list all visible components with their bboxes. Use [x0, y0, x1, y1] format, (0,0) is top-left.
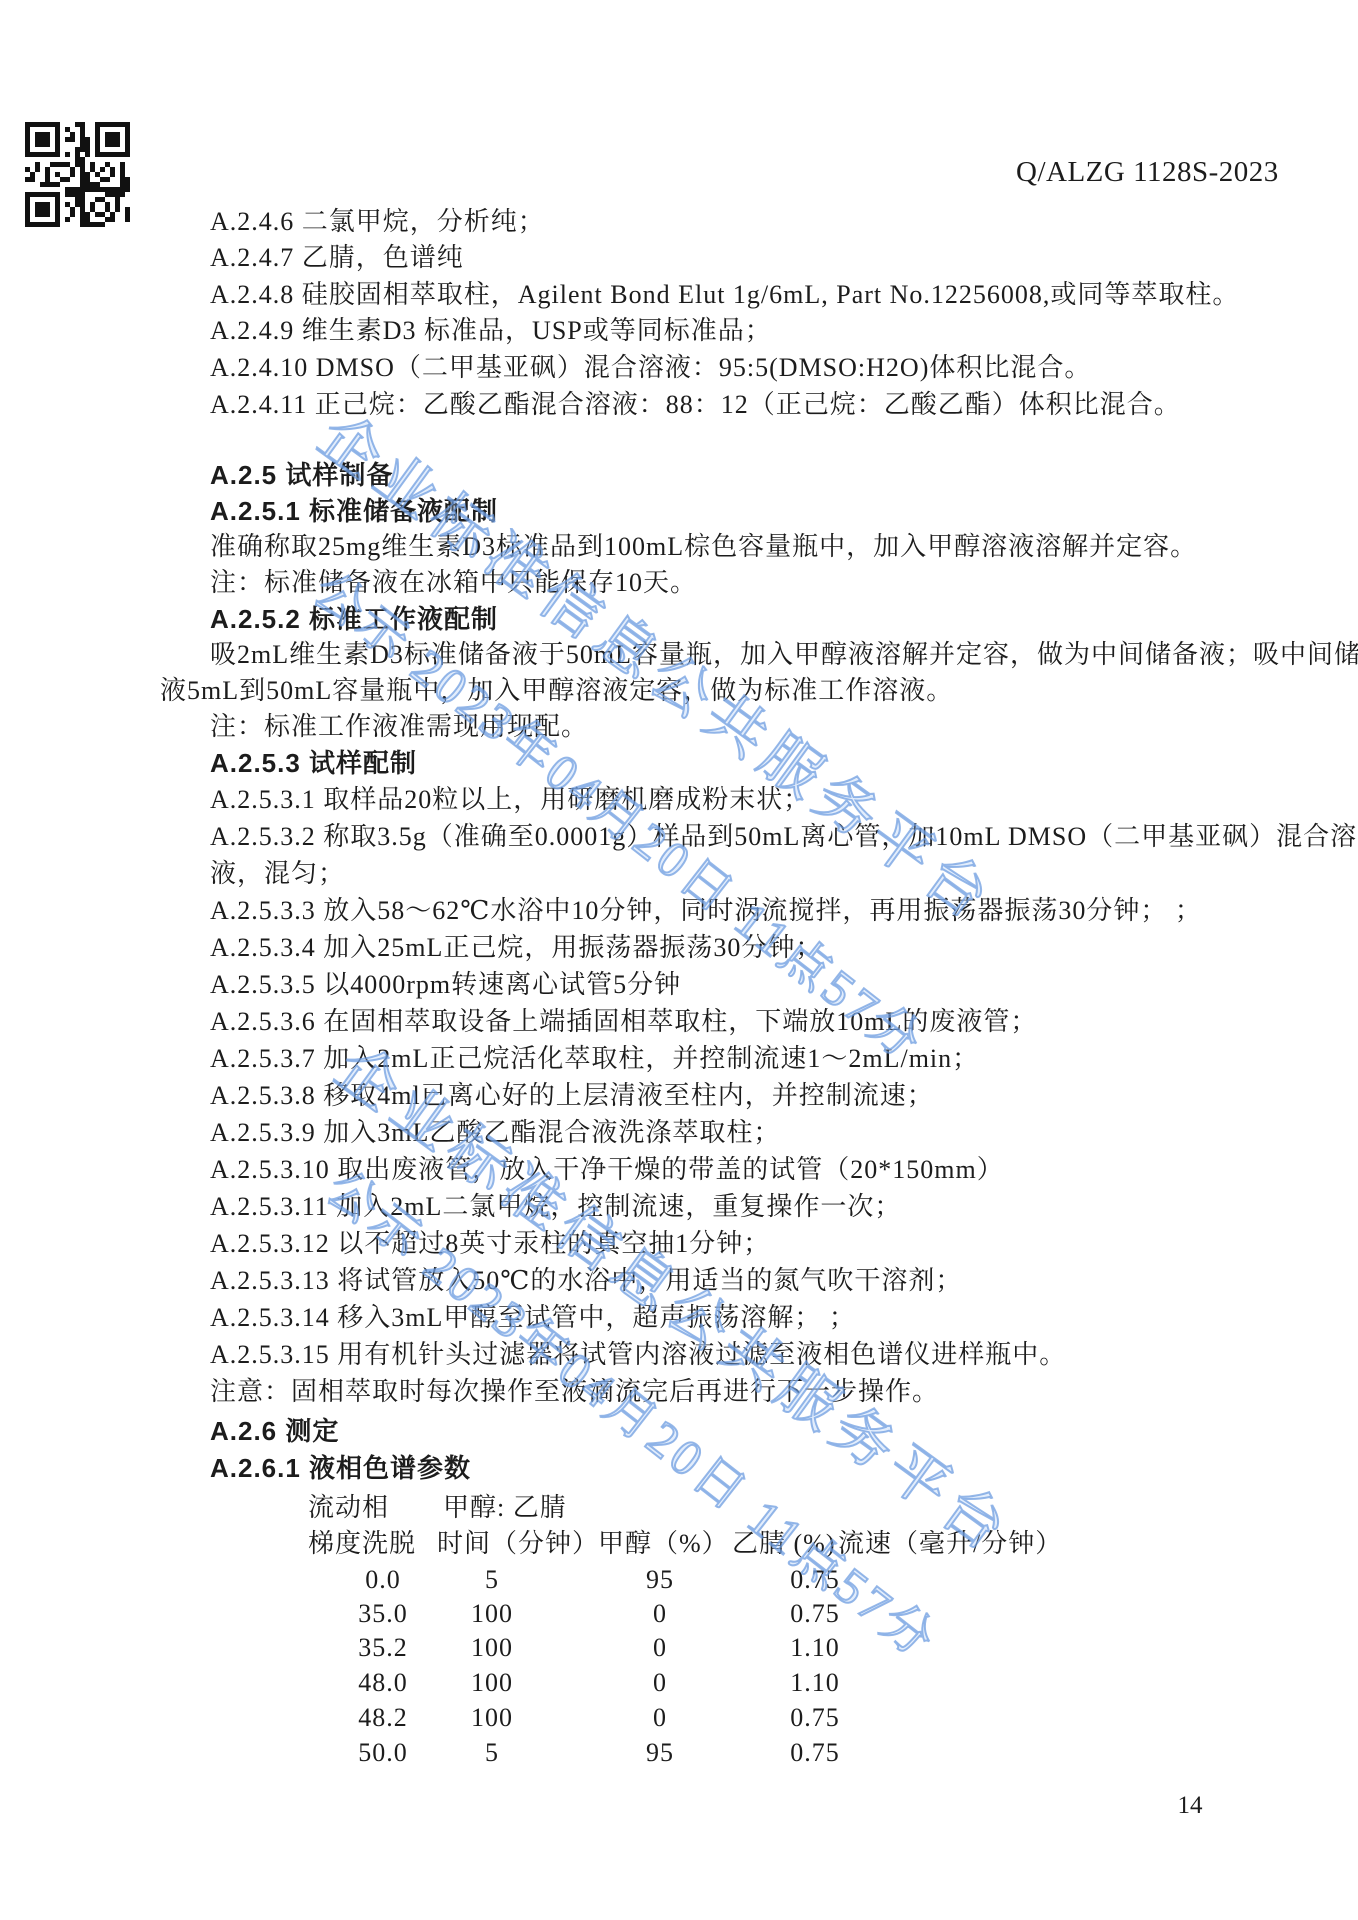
table-label: 流动相: [308, 1490, 389, 1526]
clause-line: A.2.5.3.14 移入3mL甲醇至试管中，超声振荡溶解； ；: [210, 1300, 856, 1336]
section-heading: A.2.5 试样制备: [210, 457, 393, 493]
table-cell: 95: [600, 1735, 720, 1771]
table-header: 时间（分钟）: [437, 1526, 599, 1562]
section-heading: A.2.5.3 试样配制: [210, 745, 417, 781]
table-cell: 100: [432, 1700, 552, 1736]
table-cell: 100: [432, 1665, 552, 1701]
table-cell: 5: [432, 1562, 552, 1598]
table-cell: 0: [600, 1630, 720, 1666]
note-line: 注意：固相萃取时每次操作至液滴流完后再进行下一步操作。: [210, 1374, 939, 1410]
table-cell: 0.75: [755, 1562, 875, 1598]
table-cell: 1.10: [755, 1630, 875, 1666]
table-cell: 0.75: [755, 1735, 875, 1771]
table-cell: 50.0: [323, 1735, 443, 1771]
clause-line: A.2.5.3.3 放入58～62℃水浴中10分钟，同时涡流搅拌，再用振荡器振荡…: [210, 893, 1202, 929]
clause-line: A.2.5.3.15 用有机针头过滤器将试管内溶液过滤至液相色谱仪进样瓶中。: [210, 1337, 1066, 1373]
table-cell: 0: [600, 1665, 720, 1701]
section-heading: A.2.5.1 标准储备液配制: [210, 493, 498, 529]
clause-line: A.2.5.3.6 在固相萃取设备上端插固相萃取柱，下端放10mL的废液管；: [210, 1004, 1037, 1040]
table-cell: 5: [432, 1735, 552, 1771]
table-cell: 48.0: [323, 1665, 443, 1701]
table-cell: 100: [432, 1630, 552, 1666]
table-cell: 0: [600, 1700, 720, 1736]
table-header: 梯度洗脱: [308, 1526, 416, 1562]
table-header: 乙腈 (%): [732, 1526, 835, 1562]
paragraph-line: 准确称取25mg维生素D3标准品到100mL棕色容量瓶中，加入甲醇溶液溶解并定容…: [210, 529, 1197, 565]
page-number: 14: [1158, 1792, 1222, 1820]
clause-line: A.2.4.7 乙腈，色谱纯: [210, 240, 464, 276]
clause-line: A.2.5.3.11 加入2mL二氯甲烷，控制流速，重复操作一次；: [210, 1189, 901, 1225]
clause-line: 液，混匀；: [210, 856, 345, 892]
clause-line: A.2.5.3.4 加入25mL正己烷，用振荡器振荡30分钟；: [210, 930, 822, 966]
table-cell: 0: [600, 1596, 720, 1632]
paragraph-line: 吸2mL维生素D3标准储备液于50mL容量瓶，加入甲醇液溶解并定容，做为中间储备…: [210, 637, 1358, 673]
clause-line: A.2.4.9 维生素D3 标准品，USP或等同标准品；: [210, 313, 772, 349]
clause-line: A.2.5.3.13 将试管放入50℃的水浴中，用适当的氮气吹干溶剂；: [210, 1263, 962, 1299]
note-line: 注：标准储备液在冰箱中只能保存10天。: [210, 565, 697, 601]
table-cell: 35.0: [323, 1596, 443, 1632]
clause-line: A.2.5.3.12 以不超过8英寸汞柱的真空抽1分钟；: [210, 1226, 770, 1262]
section-heading: A.2.6.1 液相色谱参数: [210, 1450, 471, 1486]
clause-line: A.2.4.11 正己烷：乙酸乙酯混合溶液：88：12（正己烷：乙酸乙酯）体积比…: [210, 387, 1181, 423]
section-heading: A.2.5.2 标准工作液配制: [210, 601, 498, 637]
section-heading: A.2.6 测定: [210, 1413, 339, 1449]
table-cell: 100: [432, 1596, 552, 1632]
qr-code-icon: [25, 122, 130, 227]
clause-line: A.2.4.10 DMSO（二甲基亚砜）混合溶液：95:5(DMSO:H2O)体…: [210, 350, 1091, 386]
clause-line: A.2.5.3.10 取出废液管，放入干净干燥的带盖的试管（20*150mm）: [210, 1152, 1004, 1188]
doc-number: Q/ALZG 1128S-2023: [1016, 156, 1236, 189]
table-cell: 48.2: [323, 1700, 443, 1736]
table-cell: 0.75: [755, 1596, 875, 1632]
table-cell: 95: [600, 1562, 720, 1598]
note-line: 注：标准工作液准需现用现配。: [210, 709, 588, 745]
clause-line: A.2.5.3.8 移取4ml已离心好的上层清液至柱内，并控制流速；: [210, 1078, 934, 1114]
table-cell: 1.10: [755, 1665, 875, 1701]
table-cell: 0.75: [755, 1700, 875, 1736]
table-value: 甲醇: 乙腈: [443, 1490, 567, 1526]
clause-line: A.2.5.3.9 加入3mL乙酸乙酯混合液洗涤萃取柱；: [210, 1115, 780, 1151]
table-cell: 0.0: [323, 1562, 443, 1598]
table-header: 流速（毫升/分钟）: [838, 1526, 1062, 1562]
document-page: Q/ALZG 1128S-2023 企业标准信息公共服务平台 公示 2023年0…: [0, 0, 1358, 1920]
clause-line: A.2.4.8 硅胶固相萃取柱，Agilent Bond Elut 1g/6mL…: [210, 277, 1239, 313]
clause-line: A.2.5.3.1 取样品20粒以上，用研磨机磨成粉末状；: [210, 782, 810, 818]
clause-line: A.2.5.3.5 以4000rpm转速离心试管5分钟: [210, 967, 681, 1003]
clause-line: A.2.5.3.2 称取3.5g（准确至0.0001g）样品到50mL离心管，加…: [210, 819, 1357, 855]
table-header: 甲醇（%）: [598, 1526, 729, 1562]
clause-line: A.2.5.3.7 加入2mL正己烷活化萃取柱，并控制流速1～2mL/min；: [210, 1041, 979, 1077]
paragraph-line: 液5mL到50mL容量瓶中，加入甲醇溶液定容，做为标准工作溶液。: [160, 673, 953, 709]
table-cell: 35.2: [323, 1630, 443, 1666]
clause-line: A.2.4.6 二氯甲烷，分析纯；: [210, 204, 545, 240]
